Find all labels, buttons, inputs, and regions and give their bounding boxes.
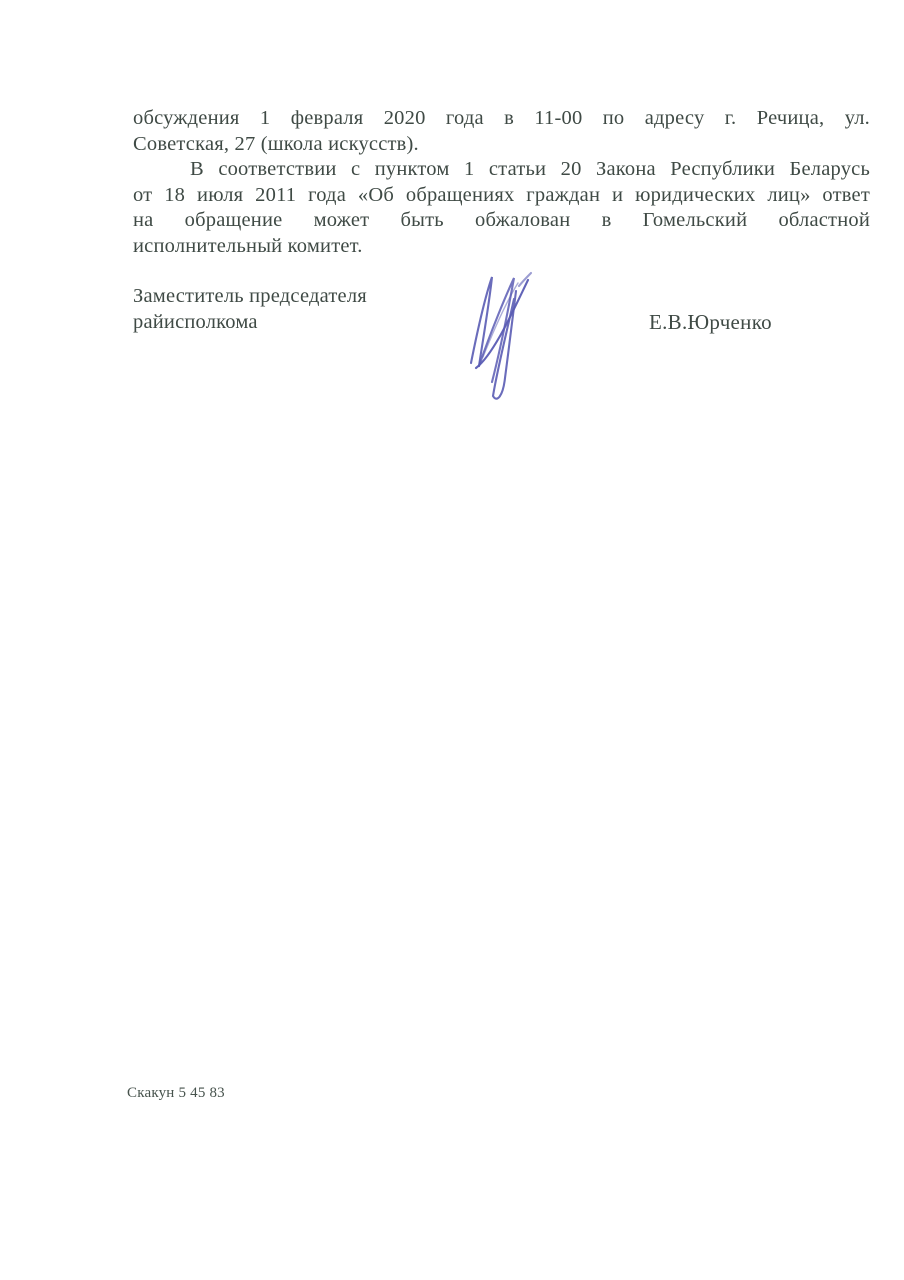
text-line: обсуждения 1 февраля 2020 года в 11-00 п… (133, 106, 870, 132)
text-line: Советская, 27 (школа искусств). (133, 132, 870, 158)
letter-body: обсуждения 1 февраля 2020 года в 11-00 п… (133, 106, 870, 259)
text-line: В соответствии с пунктом 1 статьи 20 Зак… (133, 157, 870, 183)
text-line: исполнительный комитет. (133, 234, 870, 260)
signatory-name: Е.В.Юрченко (649, 309, 772, 335)
executor-contact-note: Скакун 5 45 83 (127, 1084, 225, 1103)
handwritten-signature-icon (461, 269, 537, 409)
position-title-line: райисполкома (133, 310, 463, 336)
text-line: от 18 июля 2011 года «Об обращениях граж… (133, 183, 870, 209)
text-line: на обращение может быть обжалован в Гоме… (133, 208, 870, 234)
signatory-position-title: Заместитель председателя райисполкома (133, 284, 463, 335)
document-page: обсуждения 1 февраля 2020 года в 11-00 п… (0, 0, 904, 1280)
position-title-line: Заместитель председателя (133, 284, 463, 310)
